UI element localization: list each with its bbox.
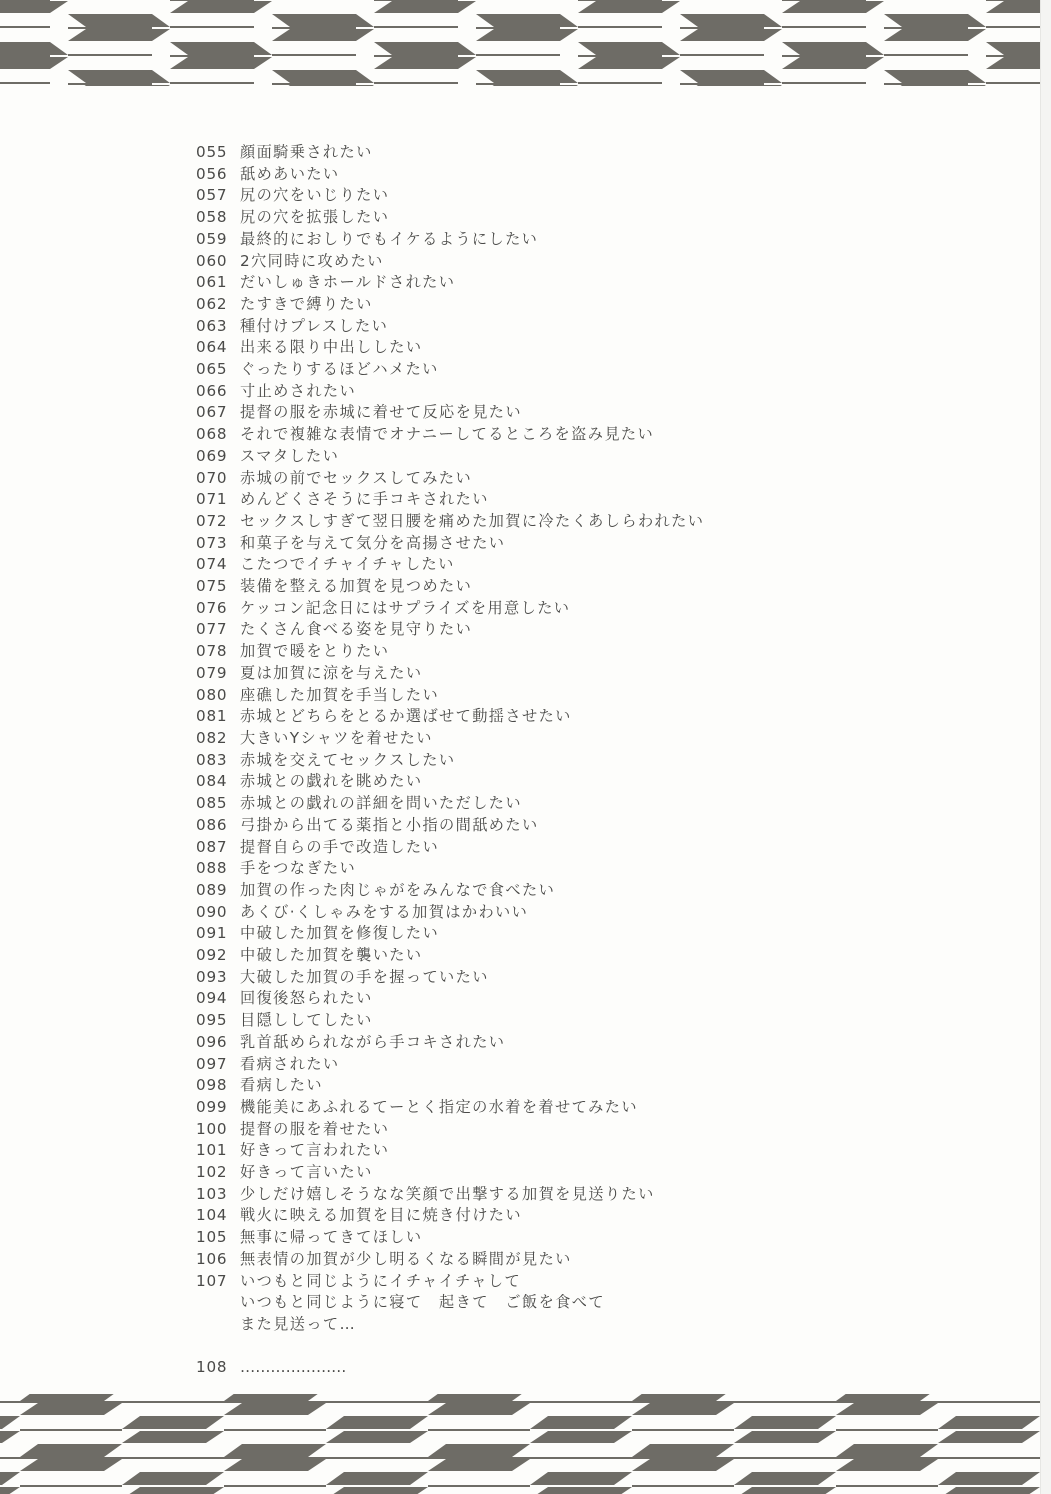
item-number: 097 bbox=[196, 1054, 240, 1076]
item-text: 赤城とどちらをとるか選ばせて動揺させたい bbox=[240, 706, 572, 728]
list-item: 105 無事に帰ってきてほしい bbox=[196, 1227, 756, 1249]
list-item: 061 だいしゅきホールドされたい bbox=[196, 272, 756, 294]
list-item-108: 108 ………………… bbox=[196, 1357, 756, 1379]
item-number: 082 bbox=[196, 728, 240, 750]
list-item: 099 機能美にあふれるてーとく指定の水着を着せてみたい bbox=[196, 1097, 756, 1119]
item-text: スマタしたい bbox=[240, 446, 339, 468]
item-text: あくび·くしゃみをする加賀はかわいい bbox=[240, 902, 528, 924]
list-item: 095 目隠ししてしたい bbox=[196, 1010, 756, 1032]
list-item: 066 寸止めされたい bbox=[196, 381, 756, 403]
list-item: 087 提督自らの手で改造したい bbox=[196, 837, 756, 859]
item-text: それで複雑な表情でオナニーしてるところを盗み見たい bbox=[240, 424, 654, 446]
item-number: 079 bbox=[196, 663, 240, 685]
item-number: 093 bbox=[196, 967, 240, 989]
item-text: 弓掛から出てる薬指と小指の間舐めたい bbox=[240, 815, 539, 837]
item-text: 寸止めされたい bbox=[240, 381, 356, 403]
item-text: 好きって言いたい bbox=[240, 1162, 373, 1184]
item-number: 108 bbox=[196, 1357, 240, 1379]
item-number: 060 bbox=[196, 251, 240, 273]
item-text: 回復後怒られたい bbox=[240, 988, 373, 1010]
list-item: 086 弓掛から出てる薬指と小指の間舐めたい bbox=[196, 815, 756, 837]
list-item: 065 ぐったりするほどハメたい bbox=[196, 359, 756, 381]
item-text: ………………… bbox=[240, 1357, 346, 1379]
item-number: 092 bbox=[196, 945, 240, 967]
list-item: 064 出来る限り中出ししたい bbox=[196, 337, 756, 359]
list-item: 098 看病したい bbox=[196, 1075, 756, 1097]
item-number: 063 bbox=[196, 316, 240, 338]
item-text: 尻の穴を拡張したい bbox=[240, 207, 389, 229]
list-item: 104 戦火に映える加賀を目に焼き付けたい bbox=[196, 1205, 756, 1227]
list-item: 101 好きって言われたい bbox=[196, 1140, 756, 1162]
list-item-107-continuation: いつもと同じように寝て 起きて ご飯を食べて bbox=[196, 1292, 756, 1314]
item-number: 106 bbox=[196, 1249, 240, 1271]
item-number: 094 bbox=[196, 988, 240, 1010]
item-number: 095 bbox=[196, 1010, 240, 1032]
item-number: 099 bbox=[196, 1097, 240, 1119]
list-item: 077 たくさん食べる姿を見守りたい bbox=[196, 619, 756, 641]
item-number: 067 bbox=[196, 402, 240, 424]
item-text: だいしゅきホールドされたい bbox=[240, 272, 455, 294]
list-item: 085 赤城との戯れの詳細を問いただしたい bbox=[196, 793, 756, 815]
item-number: 086 bbox=[196, 815, 240, 837]
list-item: 072 セックスしすぎて翌日腰を痛めた加賀に冷たくあしらわれたい bbox=[196, 511, 756, 533]
list-item: 103 少しだけ嬉しそうなな笑顔で出撃する加賀を見送りたい bbox=[196, 1184, 756, 1206]
list-item: 057 尻の穴をいじりたい bbox=[196, 185, 756, 207]
item-text: 赤城との戯れの詳細を問いただしたい bbox=[240, 793, 522, 815]
item-number: 103 bbox=[196, 1184, 240, 1206]
item-text: 乳首舐められながら手コキされたい bbox=[240, 1032, 505, 1054]
item-text: 大破した加賀の手を握っていたい bbox=[240, 967, 489, 989]
item-number: 076 bbox=[196, 598, 240, 620]
item-number: 059 bbox=[196, 229, 240, 251]
list-item: 083 赤城を交えてセックスしたい bbox=[196, 750, 756, 772]
item-text: こたつでイチャイチャしたい bbox=[240, 554, 455, 576]
item-number: 069 bbox=[196, 446, 240, 468]
item-text: 加賀で暖をとりたい bbox=[240, 641, 389, 663]
list-item: 071 めんどくさそうに手コキされたい bbox=[196, 489, 756, 511]
list-item: 075 装備を整える加賀を見つめたい bbox=[196, 576, 756, 598]
item-number: 070 bbox=[196, 468, 240, 490]
item-number: 100 bbox=[196, 1119, 240, 1141]
yabane-pattern-icon bbox=[0, 0, 1041, 88]
item-number: 072 bbox=[196, 511, 240, 533]
list-item: 070 赤城の前でセックスしてみたい bbox=[196, 468, 756, 490]
yabane-pattern-icon bbox=[0, 1388, 1041, 1494]
item-text: 提督の服を着せたい bbox=[240, 1119, 389, 1141]
item-text: 2穴同時に攻めたい bbox=[240, 251, 384, 273]
item-number: 075 bbox=[196, 576, 240, 598]
list-item: 100 提督の服を着せたい bbox=[196, 1119, 756, 1141]
item-number: 096 bbox=[196, 1032, 240, 1054]
list-item: 082 大きいYシャツを着せたい bbox=[196, 728, 756, 750]
list-item: 063 種付けプレスしたい bbox=[196, 316, 756, 338]
item-number: 090 bbox=[196, 902, 240, 924]
item-number: 104 bbox=[196, 1205, 240, 1227]
item-text: 手をつなぎたい bbox=[240, 858, 356, 880]
item-text: 中破した加賀を襲いたい bbox=[240, 945, 422, 967]
item-text: 提督自らの手で改造したい bbox=[240, 837, 439, 859]
item-text: 機能美にあふれるてーとく指定の水着を着せてみたい bbox=[240, 1097, 638, 1119]
item-text: 赤城との戯れを眺めたい bbox=[240, 771, 422, 793]
item-number: 068 bbox=[196, 424, 240, 446]
item-number: 057 bbox=[196, 185, 240, 207]
item-number: 085 bbox=[196, 793, 240, 815]
item-number: 073 bbox=[196, 533, 240, 555]
item-number: 102 bbox=[196, 1162, 240, 1184]
list-item: 091 中破した加賀を修復したい bbox=[196, 923, 756, 945]
list-item: 059 最終的におしりでもイケるようにしたい bbox=[196, 229, 756, 251]
item-number: 062 bbox=[196, 294, 240, 316]
item-number: 066 bbox=[196, 381, 240, 403]
list-item: 076 ケッコン記念日にはサプライズを用意したい bbox=[196, 598, 756, 620]
list-item: 089 加賀の作った肉じゃがをみんなで食べたい bbox=[196, 880, 756, 902]
list-item: 106 無表情の加賀が少し明るくなる瞬間が見たい bbox=[196, 1249, 756, 1271]
list-item: 081 赤城とどちらをとるか選ばせて動揺させたい bbox=[196, 706, 756, 728]
item-text: 出来る限り中出ししたい bbox=[240, 337, 422, 359]
list-item: 067 提督の服を赤城に着せて反応を見たい bbox=[196, 402, 756, 424]
list-item: 097 看病されたい bbox=[196, 1054, 756, 1076]
list-item: 060 2穴同時に攻めたい bbox=[196, 251, 756, 273]
item-number: 081 bbox=[196, 706, 240, 728]
item-number: 056 bbox=[196, 164, 240, 186]
item-number: 058 bbox=[196, 207, 240, 229]
item-text: 無事に帰ってきてほしい bbox=[240, 1227, 422, 1249]
list-item: 068 それで複雑な表情でオナニーしてるところを盗み見たい bbox=[196, 424, 756, 446]
item-text: 提督の服を赤城に着せて反応を見たい bbox=[240, 402, 522, 424]
item-number: 088 bbox=[196, 858, 240, 880]
item-number: 080 bbox=[196, 685, 240, 707]
item-text: 最終的におしりでもイケるようにしたい bbox=[240, 229, 538, 251]
item-number: 084 bbox=[196, 771, 240, 793]
list-item: 094 回復後怒られたい bbox=[196, 988, 756, 1010]
item-text: 目隠ししてしたい bbox=[240, 1010, 373, 1032]
item-text: めんどくさそうに手コキされたい bbox=[240, 489, 489, 511]
list-item: 073 和菓子を与えて気分を高揚させたい bbox=[196, 533, 756, 555]
item-number: 078 bbox=[196, 641, 240, 663]
list-item: 090 あくび·くしゃみをする加賀はかわいい bbox=[196, 902, 756, 924]
item-text: 好きって言われたい bbox=[240, 1140, 389, 1162]
item-text: 座礁した加賀を手当したい bbox=[240, 685, 439, 707]
numbered-wish-list: 055 顔面騎乗されたい 056 舐めあいたい 057 尻の穴をいじりたい 05… bbox=[196, 142, 756, 1379]
list-item: 084 赤城との戯れを眺めたい bbox=[196, 771, 756, 793]
item-text: 装備を整える加賀を見つめたい bbox=[240, 576, 472, 598]
item-text: 種付けプレスしたい bbox=[240, 316, 388, 338]
item-text: いつもと同じようにイチャイチャして bbox=[240, 1271, 521, 1293]
list-item: 080 座礁した加賀を手当したい bbox=[196, 685, 756, 707]
list-item: 079 夏は加賀に涼を与えたい bbox=[196, 663, 756, 685]
item-text: また見送って… bbox=[240, 1314, 356, 1336]
item-number: 071 bbox=[196, 489, 240, 511]
item-text: たくさん食べる姿を見守りたい bbox=[240, 619, 472, 641]
list-item-107: 107 いつもと同じようにイチャイチャして bbox=[196, 1271, 756, 1293]
list-item: 088 手をつなぎたい bbox=[196, 858, 756, 880]
item-text: 看病したい bbox=[240, 1075, 323, 1097]
list-item: 093 大破した加賀の手を握っていたい bbox=[196, 967, 756, 989]
item-number: 065 bbox=[196, 359, 240, 381]
list-item: 092 中破した加賀を襲いたい bbox=[196, 945, 756, 967]
item-number: 107 bbox=[196, 1271, 240, 1293]
list-item: 055 顔面騎乗されたい bbox=[196, 142, 756, 164]
item-number: 074 bbox=[196, 554, 240, 576]
item-number: 091 bbox=[196, 923, 240, 945]
item-number: 083 bbox=[196, 750, 240, 772]
item-number: 089 bbox=[196, 880, 240, 902]
item-number: 061 bbox=[196, 272, 240, 294]
bottom-decorative-border bbox=[0, 1388, 1041, 1494]
item-text: ケッコン記念日にはサプライズを用意したい bbox=[240, 598, 570, 620]
item-text: いつもと同じように寝て 起きて ご飯を食べて bbox=[240, 1292, 605, 1314]
item-number: 087 bbox=[196, 837, 240, 859]
item-text: 赤城の前でセックスしてみたい bbox=[240, 468, 472, 490]
item-text: セックスしすぎて翌日腰を痛めた加賀に冷たくあしらわれたい bbox=[240, 511, 704, 533]
item-text: 赤城を交えてセックスしたい bbox=[240, 750, 456, 772]
item-number: 055 bbox=[196, 142, 240, 164]
list-item: 102 好きって言いたい bbox=[196, 1162, 756, 1184]
item-text: 和菓子を与えて気分を高揚させたい bbox=[240, 533, 505, 555]
item-number: 098 bbox=[196, 1075, 240, 1097]
item-number: 064 bbox=[196, 337, 240, 359]
item-text: 無表情の加賀が少し明るくなる瞬間が見たい bbox=[240, 1249, 572, 1271]
list-item: 062 たすきで縛りたい bbox=[196, 294, 756, 316]
item-text: 夏は加賀に涼を与えたい bbox=[240, 663, 422, 685]
item-text: ぐったりするほどハメたい bbox=[240, 359, 439, 381]
list-item: 074 こたつでイチャイチャしたい bbox=[196, 554, 756, 576]
list-item: 069 スマタしたい bbox=[196, 446, 756, 468]
item-text: 加賀の作った肉じゃがをみんなで食べたい bbox=[240, 880, 555, 902]
item-text: 中破した加賀を修復したい bbox=[240, 923, 439, 945]
item-text: 顔面騎乗されたい bbox=[240, 142, 373, 164]
item-number: 105 bbox=[196, 1227, 240, 1249]
top-decorative-border bbox=[0, 0, 1041, 88]
list-item-107-continuation: また見送って… bbox=[196, 1314, 756, 1336]
item-text: 戦火に映える加賀を目に焼き付けたい bbox=[240, 1205, 522, 1227]
list-item: 056 舐めあいたい bbox=[196, 164, 756, 186]
spacer bbox=[196, 1336, 756, 1358]
list-item: 058 尻の穴を拡張したい bbox=[196, 207, 756, 229]
item-number: 101 bbox=[196, 1140, 240, 1162]
list-item: 078 加賀で暖をとりたい bbox=[196, 641, 756, 663]
page-edge-margin bbox=[1040, 0, 1051, 1494]
item-text: 大きいYシャツを着せたい bbox=[240, 728, 433, 750]
list-item: 096 乳首舐められながら手コキされたい bbox=[196, 1032, 756, 1054]
item-text: 舐めあいたい bbox=[240, 164, 340, 186]
item-text: たすきで縛りたい bbox=[240, 294, 373, 316]
item-text: 尻の穴をいじりたい bbox=[240, 185, 389, 207]
item-text: 少しだけ嬉しそうなな笑顔で出撃する加賀を見送りたい bbox=[240, 1184, 655, 1206]
item-number: 077 bbox=[196, 619, 240, 641]
item-text: 看病されたい bbox=[240, 1054, 340, 1076]
